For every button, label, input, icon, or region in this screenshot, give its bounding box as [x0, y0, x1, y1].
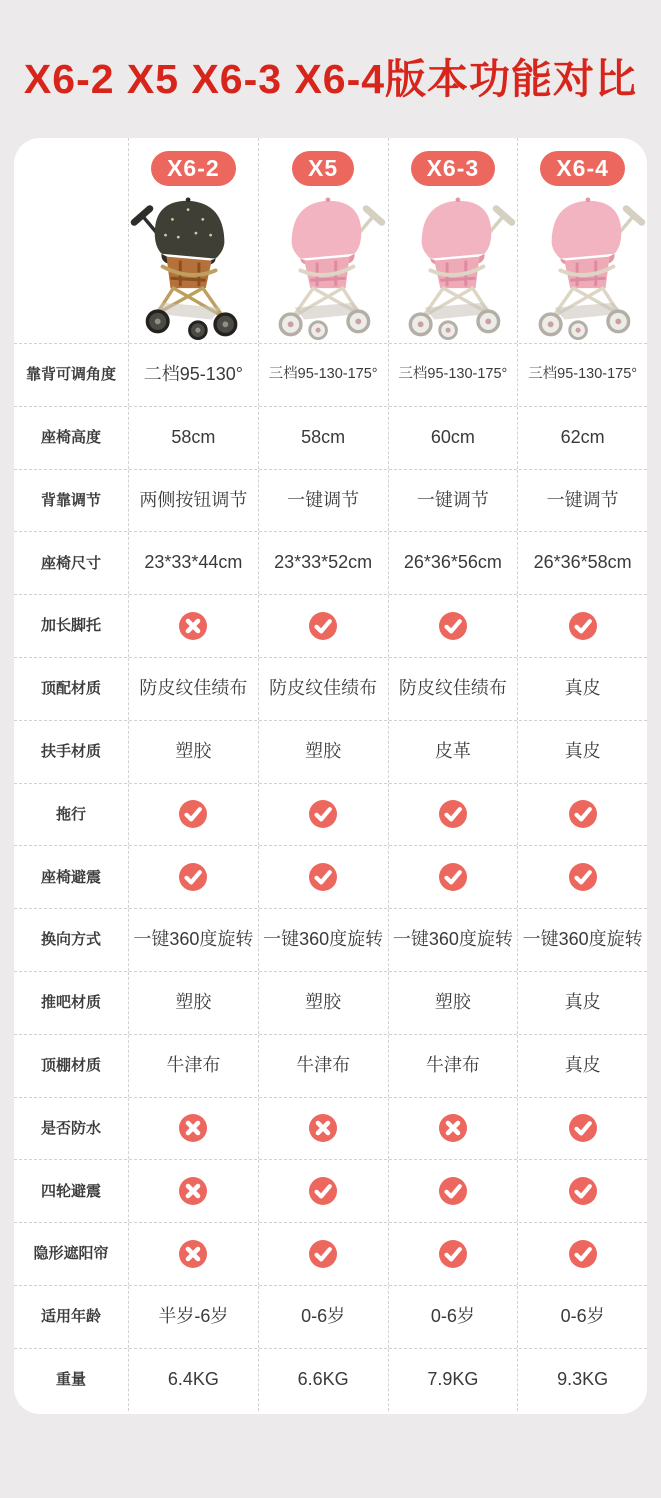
spec-value-cell: 一键360度旋转 [517, 909, 647, 971]
check-icon [308, 1176, 338, 1206]
spec-value-cell: 两侧按钮调节 [128, 470, 258, 532]
spec-value: 塑胶 [175, 993, 211, 1013]
stroller-image [389, 190, 517, 342]
spec-value: 23*33*44cm [144, 553, 242, 573]
spec-value-cell: 牛津布 [258, 1035, 388, 1097]
spec-value-cell: 58cm [128, 407, 258, 469]
cross-icon [178, 611, 208, 641]
spec-value: 58cm [171, 428, 215, 448]
spec-value-cell [517, 846, 647, 908]
spec-value-cell: 26*36*56cm [388, 532, 518, 594]
spec-value-cell: 半岁-6岁 [128, 1286, 258, 1348]
product-badge: X6-4 [540, 151, 625, 186]
product-column-header: X6-4 [517, 138, 647, 343]
spec-row-label-cell: 拖行 [14, 784, 128, 846]
spec-value-cell [388, 1223, 518, 1285]
spec-row: 顶配材质防皮纹佳绩布防皮纹佳绩布防皮纹佳绩布真皮 [14, 657, 647, 720]
spec-row-label: 适用年龄 [41, 1308, 101, 1325]
product-badge: X5 [292, 151, 354, 186]
spec-value-cell: 三档95-130-175° [258, 344, 388, 406]
spec-value-cell [517, 1160, 647, 1222]
spec-row: 座椅尺寸23*33*44cm23*33*52cm26*36*56cm26*36*… [14, 531, 647, 594]
spec-value-cell: 62cm [517, 407, 647, 469]
spec-value: 一键360度旋转 [523, 930, 643, 950]
spec-row: 是否防水 [14, 1097, 647, 1160]
check-icon [308, 862, 338, 892]
spec-row-label: 背靠调节 [41, 492, 101, 509]
spec-value-cell [258, 1098, 388, 1160]
spec-value: 防皮纹佳绩布 [399, 679, 507, 699]
spec-value-cell: 皮革 [388, 721, 518, 783]
spec-value-cell: 0-6岁 [258, 1286, 388, 1348]
cross-icon [438, 1113, 468, 1143]
check-icon [568, 1176, 598, 1206]
check-icon [438, 862, 468, 892]
check-icon [308, 799, 338, 829]
product-column-header: X6-3 [388, 138, 518, 343]
spec-value-cell: 牛津布 [388, 1035, 518, 1097]
spec-row-label-cell: 换向方式 [14, 909, 128, 971]
spec-row: 背靠调节两侧按钮调节一键调节一键调节一键调节 [14, 469, 647, 532]
spec-value: 一键调节 [287, 491, 359, 511]
spec-value: 26*36*56cm [404, 553, 502, 573]
check-icon [568, 1239, 598, 1269]
spec-row-label: 是否防水 [41, 1120, 101, 1137]
spec-row-label: 座椅尺寸 [41, 555, 101, 572]
cross-icon [178, 1113, 208, 1143]
spec-row-label-cell: 四轮避震 [14, 1160, 128, 1222]
spec-value-cell: 26*36*58cm [517, 532, 647, 594]
spec-row-label: 座椅避震 [41, 869, 101, 886]
cross-icon [308, 1113, 338, 1143]
spec-row-label: 扶手材质 [41, 743, 101, 760]
spec-value-cell [128, 1098, 258, 1160]
spec-row-label: 座椅高度 [41, 429, 101, 446]
spec-value-cell: 防皮纹佳绩布 [258, 658, 388, 720]
check-icon [308, 1239, 338, 1269]
spec-value-cell: 9.3KG [517, 1349, 647, 1411]
spec-row: 加长脚托 [14, 594, 647, 657]
spec-value-cell: 三档95-130-175° [517, 344, 647, 406]
spec-row-label-cell: 是否防水 [14, 1098, 128, 1160]
spec-value-cell [128, 595, 258, 657]
spec-value-cell: 60cm [388, 407, 518, 469]
spec-value-cell [128, 1223, 258, 1285]
spec-value: 塑胶 [175, 742, 211, 762]
spec-value: 半岁-6岁 [158, 1307, 228, 1327]
spec-row: 四轮避震 [14, 1159, 647, 1222]
spec-row-label-cell: 座椅高度 [14, 407, 128, 469]
check-icon [568, 1113, 598, 1143]
spec-row-label-cell: 座椅避震 [14, 846, 128, 908]
spec-row-label-cell: 隐形遮阳帘 [14, 1223, 128, 1285]
spec-row-label: 顶棚材质 [41, 1057, 101, 1074]
spec-value: 0-6岁 [301, 1307, 345, 1327]
spec-row: 隐形遮阳帘 [14, 1222, 647, 1285]
stroller-image [519, 190, 647, 342]
spec-value: 9.3KG [557, 1370, 608, 1390]
spec-value-cell: 二档95-130° [128, 344, 258, 406]
spec-row: 推吧材质塑胶塑胶塑胶真皮 [14, 971, 647, 1034]
spec-value: 塑胶 [435, 993, 471, 1013]
spec-value: 一键360度旋转 [263, 930, 383, 950]
spec-value: 真皮 [565, 679, 601, 699]
spec-row-label-cell: 重量 [14, 1349, 128, 1411]
spec-row: 重量6.4KG6.6KG7.9KG9.3KG [14, 1348, 647, 1411]
check-icon [438, 611, 468, 641]
spec-value-cell: 23*33*44cm [128, 532, 258, 594]
spec-value-cell: 防皮纹佳绩布 [388, 658, 518, 720]
spec-value-cell: 一键调节 [258, 470, 388, 532]
spec-row: 座椅高度58cm58cm60cm62cm [14, 406, 647, 469]
spec-value: 一键调节 [547, 491, 619, 511]
spec-value: 6.6KG [298, 1370, 349, 1390]
spec-value-cell: 真皮 [517, 658, 647, 720]
spec-row: 靠背可调角度二档95-130°三档95-130-175°三档95-130-175… [14, 343, 647, 406]
spec-value-cell: 塑胶 [388, 972, 518, 1034]
spec-value: 一键360度旋转 [133, 930, 253, 950]
spec-value-cell: 真皮 [517, 1035, 647, 1097]
spec-value-cell [258, 1160, 388, 1222]
spec-value-cell: 一键调节 [388, 470, 518, 532]
product-header-row: X6-2X5X6-3X6-4 [14, 138, 647, 343]
spec-value: 62cm [561, 428, 605, 448]
spec-value: 一键调节 [417, 491, 489, 511]
spec-row-label: 四轮避震 [41, 1183, 101, 1200]
spec-value-cell: 防皮纹佳绩布 [128, 658, 258, 720]
spec-value-cell [258, 846, 388, 908]
spec-row-label-cell: 加长脚托 [14, 595, 128, 657]
comparison-table-card: X6-2X5X6-3X6-4 靠背可调角度二档95-130°三档95-130-1… [14, 138, 647, 1414]
spec-value-cell: 塑胶 [258, 972, 388, 1034]
spec-value: 二档95-130° [144, 365, 243, 385]
spec-value-cell: 一键360度旋转 [388, 909, 518, 971]
spec-row-label: 顶配材质 [41, 680, 101, 697]
spec-row-label: 隐形遮阳帘 [33, 1245, 108, 1262]
spec-value-cell: 塑胶 [128, 721, 258, 783]
spec-row-label-cell: 顶配材质 [14, 658, 128, 720]
product-column-header: X6-2 [128, 138, 258, 343]
spec-value: 三档95-130-175° [269, 367, 378, 383]
spec-value-cell: 6.6KG [258, 1349, 388, 1411]
spec-row: 换向方式一键360度旋转一键360度旋转一键360度旋转一键360度旋转 [14, 908, 647, 971]
spec-value-cell [517, 595, 647, 657]
spec-row-label: 拖行 [56, 806, 86, 823]
spec-value-cell: 0-6岁 [388, 1286, 518, 1348]
spec-row: 适用年龄半岁-6岁0-6岁0-6岁0-6岁 [14, 1285, 647, 1348]
check-icon [178, 799, 208, 829]
spec-value: 23*33*52cm [274, 553, 372, 573]
spec-row-label: 靠背可调角度 [26, 366, 116, 383]
spec-value: 真皮 [565, 993, 601, 1013]
spec-value-cell [517, 1098, 647, 1160]
spec-value-cell [128, 784, 258, 846]
spec-value: 6.4KG [168, 1370, 219, 1390]
spec-row-label-cell: 适用年龄 [14, 1286, 128, 1348]
spec-row: 拖行 [14, 783, 647, 846]
spec-rows-container: 靠背可调角度二档95-130°三档95-130-175°三档95-130-175… [14, 343, 647, 1411]
spec-value: 三档95-130-175° [528, 367, 637, 383]
spec-row-label-cell: 推吧材质 [14, 972, 128, 1034]
spec-value-cell [517, 784, 647, 846]
product-badge: X6-3 [411, 151, 496, 186]
spec-row: 座椅避震 [14, 845, 647, 908]
product-column-header: X5 [258, 138, 388, 343]
spec-value-cell: 一键360度旋转 [258, 909, 388, 971]
spec-value-cell: 塑胶 [258, 721, 388, 783]
spec-value-cell [388, 595, 518, 657]
spec-row-label: 换向方式 [41, 931, 101, 948]
spec-row-label-cell: 靠背可调角度 [14, 344, 128, 406]
spec-value: 真皮 [565, 1056, 601, 1076]
product-badge: X6-2 [151, 151, 236, 186]
spec-row-label: 加长脚托 [41, 617, 101, 634]
spec-row-label-cell: 扶手材质 [14, 721, 128, 783]
spec-value-cell [517, 1223, 647, 1285]
cross-icon [178, 1239, 208, 1269]
spec-value-cell: 真皮 [517, 972, 647, 1034]
spec-value-cell: 6.4KG [128, 1349, 258, 1411]
cross-icon [178, 1176, 208, 1206]
spec-value: 牛津布 [426, 1056, 480, 1076]
check-icon [438, 1176, 468, 1206]
spec-value: 两侧按钮调节 [139, 491, 247, 511]
header-spacer-cell [14, 138, 128, 343]
spec-value-cell: 一键调节 [517, 470, 647, 532]
spec-row: 顶棚材质牛津布牛津布牛津布真皮 [14, 1034, 647, 1097]
spec-value-cell [128, 846, 258, 908]
spec-value-cell: 真皮 [517, 721, 647, 783]
spec-value: 0-6岁 [431, 1307, 475, 1327]
spec-value: 塑胶 [305, 742, 341, 762]
spec-value-cell: 一键360度旋转 [128, 909, 258, 971]
check-icon [178, 862, 208, 892]
spec-value: 牛津布 [166, 1056, 220, 1076]
spec-row-label: 推吧材质 [41, 994, 101, 1011]
spec-value: 皮革 [435, 742, 471, 762]
spec-value: 26*36*58cm [534, 553, 632, 573]
spec-row-label-cell: 顶棚材质 [14, 1035, 128, 1097]
spec-value-cell: 0-6岁 [517, 1286, 647, 1348]
spec-value-cell [388, 1098, 518, 1160]
spec-value: 7.9KG [427, 1370, 478, 1390]
stroller-image [259, 190, 387, 342]
spec-value-cell [388, 1160, 518, 1222]
spec-value-cell [258, 595, 388, 657]
spec-row: 扶手材质塑胶塑胶皮革真皮 [14, 720, 647, 783]
spec-value-cell: 58cm [258, 407, 388, 469]
spec-value-cell: 7.9KG [388, 1349, 518, 1411]
check-icon [568, 611, 598, 641]
spec-value: 60cm [431, 428, 475, 448]
spec-value-cell [258, 1223, 388, 1285]
spec-value: 牛津布 [296, 1056, 350, 1076]
spec-value-cell: 三档95-130-175° [388, 344, 518, 406]
spec-value: 塑胶 [305, 993, 341, 1013]
spec-value: 58cm [301, 428, 345, 448]
spec-value: 真皮 [565, 742, 601, 762]
spec-value-cell: 23*33*52cm [258, 532, 388, 594]
stroller-image [129, 190, 257, 342]
spec-value-cell: 塑胶 [128, 972, 258, 1034]
spec-value: 一键360度旋转 [393, 930, 513, 950]
spec-value: 防皮纹佳绩布 [269, 679, 377, 699]
check-icon [568, 862, 598, 892]
spec-value: 0-6岁 [561, 1307, 605, 1327]
check-icon [438, 1239, 468, 1269]
spec-value-cell [128, 1160, 258, 1222]
check-icon [308, 611, 338, 641]
check-icon [438, 799, 468, 829]
spec-row-label: 重量 [56, 1371, 86, 1388]
spec-value: 三档95-130-175° [398, 367, 507, 383]
spec-value-cell [388, 784, 518, 846]
spec-value-cell [388, 846, 518, 908]
spec-value: 防皮纹佳绩布 [139, 679, 247, 699]
spec-row-label-cell: 座椅尺寸 [14, 532, 128, 594]
spec-value-cell [258, 784, 388, 846]
check-icon [568, 799, 598, 829]
page-title: X6-2 X5 X6-3 X6-4版本功能对比 [0, 0, 661, 105]
spec-row-label-cell: 背靠调节 [14, 470, 128, 532]
spec-value-cell: 牛津布 [128, 1035, 258, 1097]
